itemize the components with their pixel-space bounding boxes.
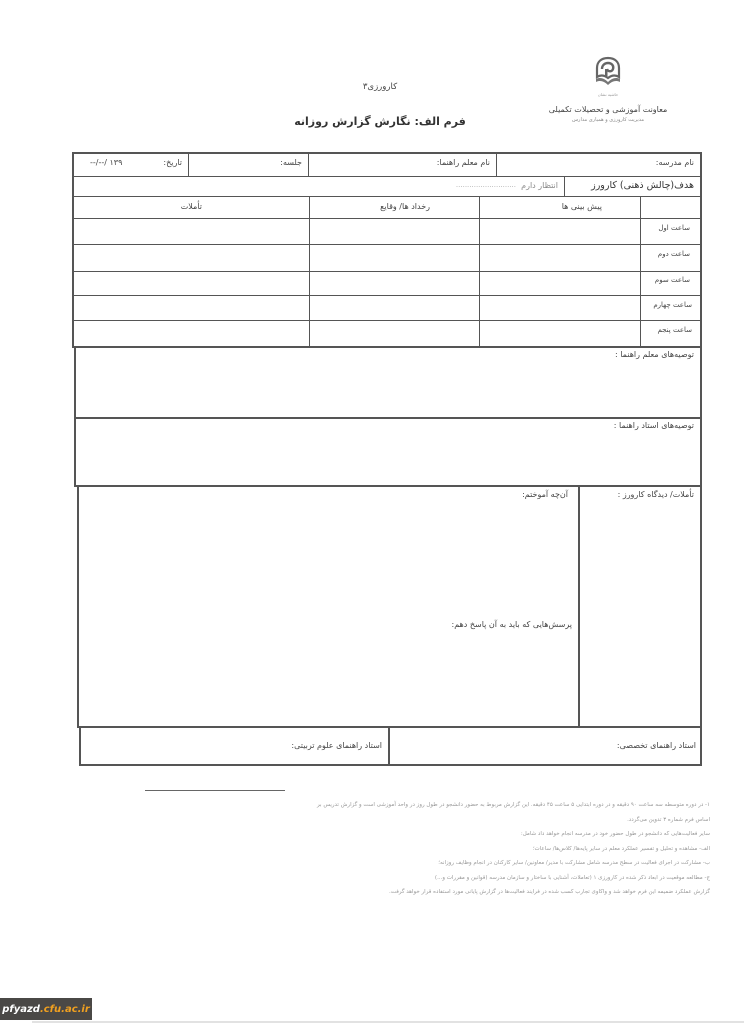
mentor-teacher-name-field[interactable]: نام معلم راهنما: xyxy=(437,158,490,167)
logo-caption: حاشیه نشان xyxy=(528,92,688,97)
row-label-hour-1: ساعت اول xyxy=(658,224,690,232)
footnote-line: اساس فرم شماره ۳ تدوین می‌گردد. xyxy=(70,813,710,828)
header-logo-block: حاشیه نشان معاونت آموزشی و تحصیلات تکمیل… xyxy=(528,55,688,123)
footnote-line: ج- مطالعه موقعیت در ابعاد ذکر شده در کار… xyxy=(70,871,710,886)
date-field[interactable]: --/--/ ۱۳۹ xyxy=(90,158,122,167)
date-label: تاریخ: xyxy=(163,158,182,167)
page-bottom-edge xyxy=(32,1021,744,1023)
questions-to-answer-label: پرسش‌هایی که باید به آن پاسخ دهم: xyxy=(452,620,572,629)
school-name-field[interactable]: نام مدرسه: xyxy=(656,158,694,167)
book-shield-emblem-icon xyxy=(590,55,626,91)
footnote-divider xyxy=(145,790,285,791)
footnote-line: ب- مشارکت در اجرای فعالیت در سطح مدرسه ش… xyxy=(70,856,710,871)
watermark-text-part1: pfyazd xyxy=(2,1004,40,1015)
footnotes: ۱- در دوره متوسطه سه ساعت ۹۰ دقیقه و در … xyxy=(70,798,710,900)
row-label-hour-2: ساعت دوم xyxy=(658,250,690,258)
row-label-hour-5: ساعت پنجم xyxy=(657,326,692,334)
daily-report-form: نام مدرسه: نام معلم راهنما: جلسه: تاریخ:… xyxy=(72,152,702,772)
row-label-hour-4: ساعت چهارم xyxy=(653,301,692,309)
organization-subtitle: مدیریت کارورزی و همیاری مدارس xyxy=(528,117,688,123)
expectation-field[interactable]: ........................... xyxy=(456,181,516,189)
intern-view-label: تأملات/ دیدگاه کارورز : xyxy=(618,490,694,499)
educational-sciences-advisor-signature[interactable]: استاد راهنمای علوم تربیتی: xyxy=(291,741,382,750)
what-i-learned-label: آن‌چه آموختم: xyxy=(522,490,568,499)
form-title: فرم الف: نگارش گزارش روزانه xyxy=(290,115,470,128)
mentor-teacher-recommendations-label: توصیه‌های معلم راهنما : xyxy=(615,350,694,359)
footnote-line: سایر فعالیت‌هایی که دانشجو در طول حضور خ… xyxy=(70,827,710,842)
site-watermark[interactable]: pfyazd.cfu.ac.ir xyxy=(0,998,92,1020)
specialist-advisor-signature[interactable]: استاد راهنمای تخصصی: xyxy=(617,741,696,750)
organization-name: معاونت آموزشی و تحصیلات تکمیلی xyxy=(528,105,688,114)
header-predictions: پیش بینی ها xyxy=(562,202,602,211)
header-events: رخداد ها/ وقایع xyxy=(380,202,430,211)
form-series-label: کارورزی۳ xyxy=(340,82,420,92)
footnote-line: گزارش عملکرد ضمیمه این فرم خواهد شد و وا… xyxy=(70,885,710,900)
mentor-professor-recommendations-label: توصیه‌های استاد راهنما : xyxy=(614,421,694,430)
row-label-hour-3: ساعت سوم xyxy=(655,276,690,284)
goal-label: هدف(چالش ذهنی) کارورز xyxy=(591,180,694,191)
footnote-line: الف- مشاهده و تحلیل و تفسیر عملکرد معلم … xyxy=(70,842,710,857)
watermark-text-part2: .cfu.ac.ir xyxy=(40,1004,90,1015)
header-reflections: تأملات xyxy=(181,202,202,211)
footnote-line: ۱- در دوره متوسطه سه ساعت ۹۰ دقیقه و در … xyxy=(70,798,710,813)
expectation-label: انتظار دارم xyxy=(521,181,558,190)
session-field[interactable]: جلسه: xyxy=(280,158,302,167)
